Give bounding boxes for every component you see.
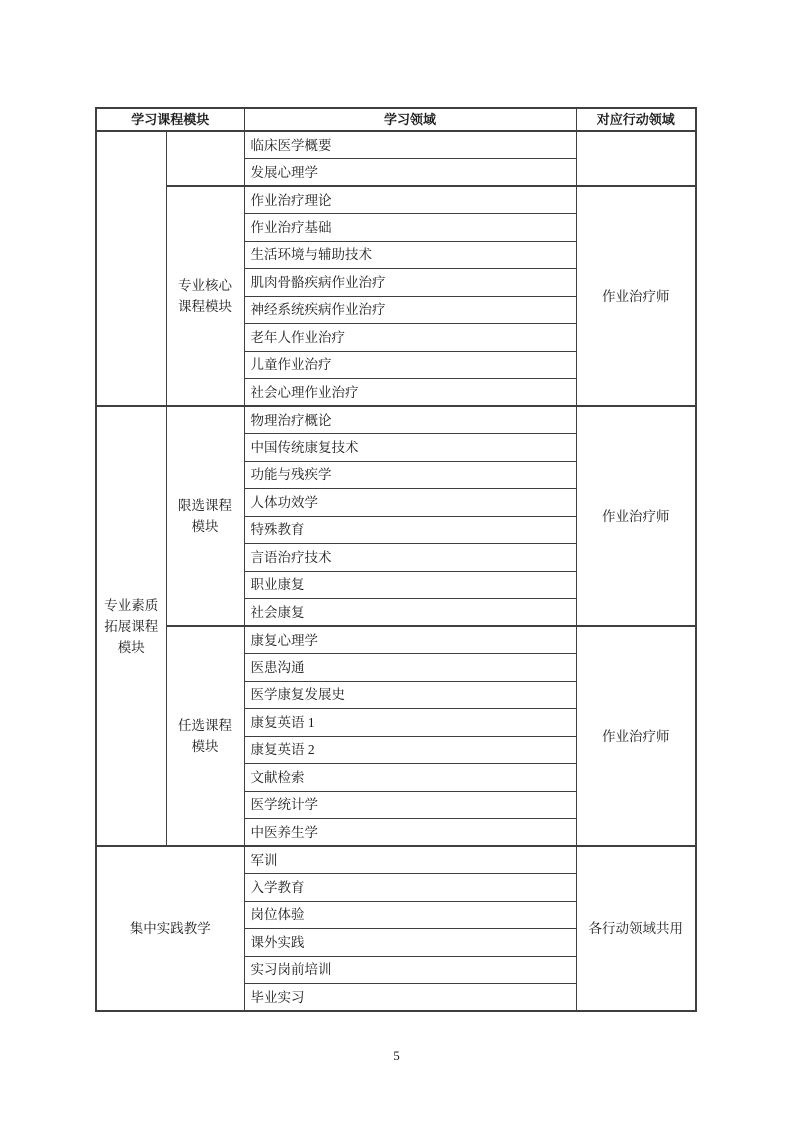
learning-area-cell: 职业康复 — [244, 571, 576, 599]
module-label-cell: 限选课程 模块 — [166, 406, 244, 626]
action-area-cell: 作业治疗师 — [576, 626, 696, 846]
page-number: 5 — [0, 1048, 793, 1064]
learning-area-cell: 功能与残疾学 — [244, 461, 576, 489]
learning-area-cell: 文献检索 — [244, 764, 576, 792]
action-area-cell: 作业治疗师 — [576, 186, 696, 406]
learning-area-cell: 老年人作业治疗 — [244, 324, 576, 352]
module-label-cell: 专业核心 课程模块 — [166, 186, 244, 406]
table-row: 临床医学概要 — [96, 131, 696, 159]
learning-area-cell: 军训 — [244, 846, 576, 874]
header-learning-area: 学习领域 — [244, 108, 576, 131]
learning-area-cell: 中国传统康复技术 — [244, 434, 576, 462]
learning-area-cell: 临床医学概要 — [244, 131, 576, 159]
learning-area-cell: 发展心理学 — [244, 159, 576, 187]
learning-area-cell: 岗位体验 — [244, 901, 576, 929]
learning-area-cell: 人体功效学 — [244, 489, 576, 517]
learning-area-cell: 神经系统疾病作业治疗 — [244, 296, 576, 324]
header-row: 学习课程模块 学习领域 对应行动领域 — [96, 108, 696, 131]
learning-area-cell: 课外实践 — [244, 929, 576, 957]
learning-area-cell: 康复心理学 — [244, 626, 576, 654]
learning-area-cell: 实习岗前培训 — [244, 956, 576, 984]
learning-area-cell: 社会康复 — [244, 599, 576, 627]
document-page: { "page": { "number": "5", "background_c… — [0, 0, 793, 1122]
action-area-cell: 作业治疗师 — [576, 406, 696, 626]
learning-area-cell: 医患沟通 — [244, 654, 576, 682]
learning-area-cell: 物理治疗概论 — [244, 406, 576, 434]
learning-area-cell: 入学教育 — [244, 874, 576, 902]
learning-area-cell: 特殊教育 — [244, 516, 576, 544]
learning-area-cell: 作业治疗基础 — [244, 214, 576, 242]
learning-area-cell: 肌肉骨骼疾病作业治疗 — [244, 269, 576, 297]
header-course-module: 学习课程模块 — [96, 108, 244, 131]
table-row: 集中实践教学 军训 各行动领域共用 — [96, 846, 696, 874]
section-label-cell: 专业素质 拓展课程 模块 — [96, 406, 166, 846]
learning-area-cell: 毕业实习 — [244, 984, 576, 1012]
header-action-area: 对应行动领域 — [576, 108, 696, 131]
table-row: 专业核心 课程模块 作业治疗理论 作业治疗师 — [96, 186, 696, 214]
learning-area-cell: 生活环境与辅助技术 — [244, 241, 576, 269]
table-row: 专业素质 拓展课程 模块 限选课程 模块 物理治疗概论 作业治疗师 — [96, 406, 696, 434]
curriculum-table: 学习课程模块 学习领域 对应行动领域 临床医学概要 发展心理学 专业核心 课程模… — [95, 107, 697, 1012]
learning-area-cell: 言语治疗技术 — [244, 544, 576, 572]
learning-area-cell: 作业治疗理论 — [244, 186, 576, 214]
learning-area-cell: 康复英语 2 — [244, 736, 576, 764]
module-label-cell: 任选课程 模块 — [166, 626, 244, 846]
learning-area-cell: 社会心理作业治疗 — [244, 379, 576, 407]
action-area-cell — [576, 131, 696, 186]
section-label-cell: 集中实践教学 — [96, 846, 244, 1011]
learning-area-cell: 医学统计学 — [244, 791, 576, 819]
learning-area-cell: 医学康复发展史 — [244, 681, 576, 709]
learning-area-cell: 康复英语 1 — [244, 709, 576, 737]
learning-area-cell: 中医养生学 — [244, 819, 576, 847]
section-label-cell — [96, 131, 166, 406]
table-row: 任选课程 模块 康复心理学 作业治疗师 — [96, 626, 696, 654]
learning-area-cell: 儿童作业治疗 — [244, 351, 576, 379]
action-area-cell: 各行动领域共用 — [576, 846, 696, 1011]
module-label-cell — [166, 131, 244, 186]
